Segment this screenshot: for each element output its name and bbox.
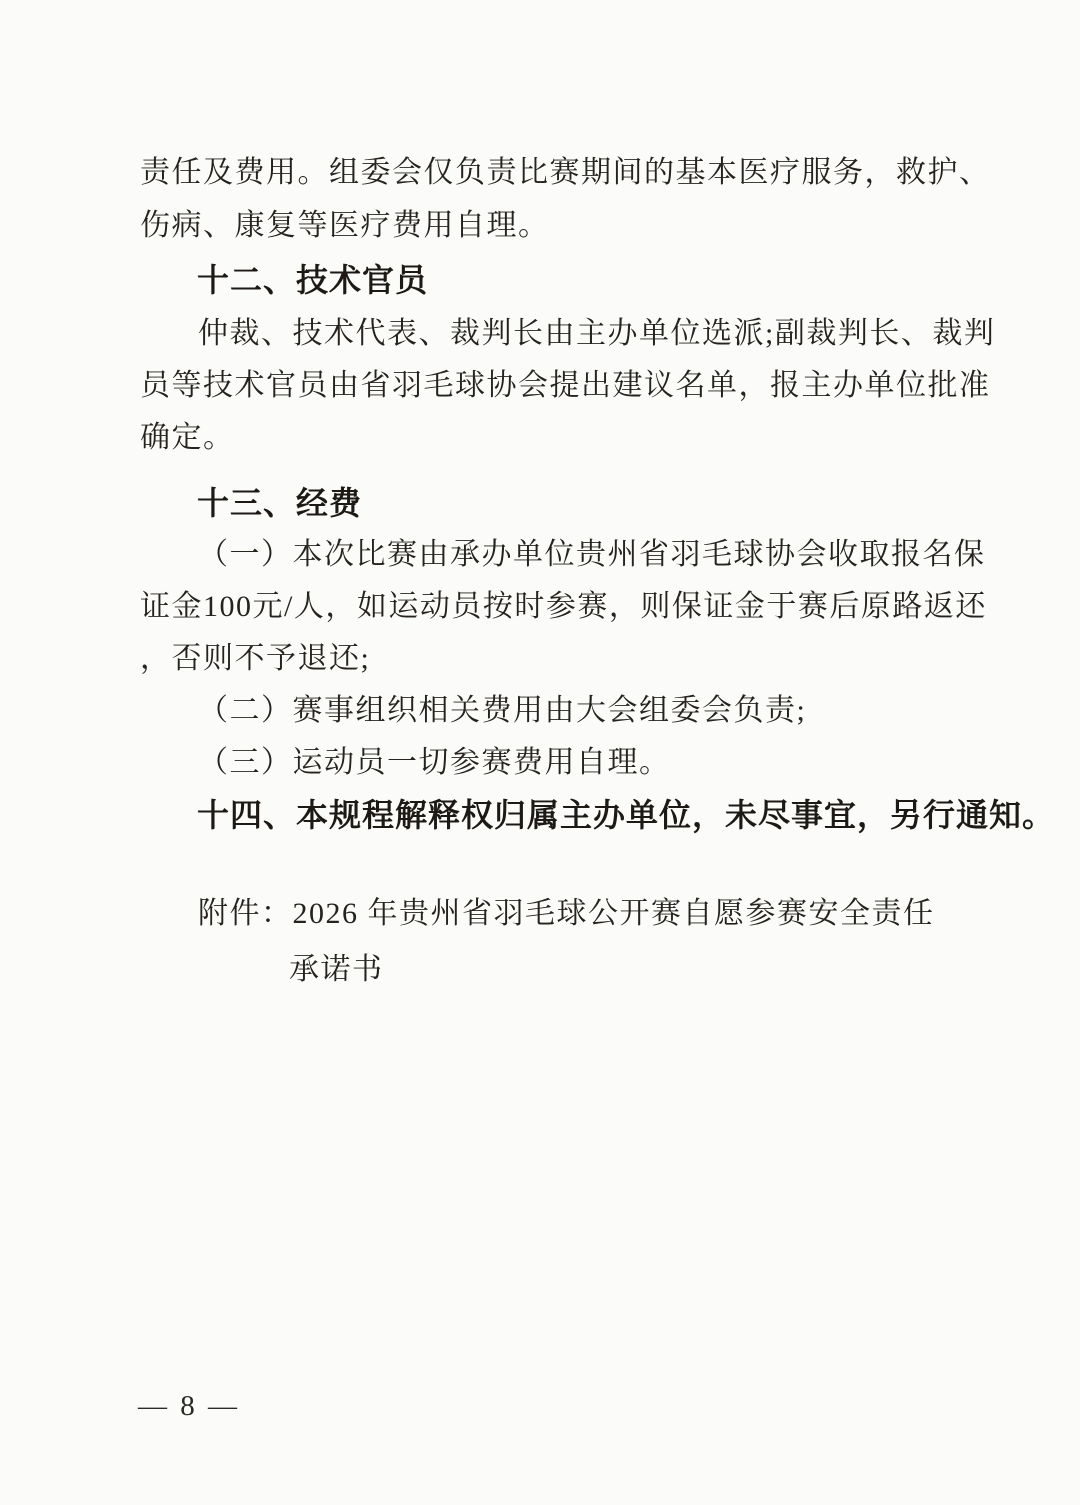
document-page: 责任及费用。组委会仅负责比赛期间的基本医疗服务，救护、 伤病、康复等医疗费用自理… bbox=[0, 0, 1080, 1505]
section-13-item-1-line-3: ，否则不予退还; bbox=[140, 642, 370, 675]
page-number: — 8 — bbox=[138, 1390, 240, 1423]
section-12-paragraph-line-3: 确定。 bbox=[140, 421, 235, 454]
body-line-medical-costs-2: 伤病、康复等医疗费用自理。 bbox=[140, 209, 550, 242]
section-heading-12: 十二、技术官员 bbox=[197, 263, 428, 298]
section-13-item-1-line-1: （一）本次比赛由承办单位贵州省羽毛球协会收取报名保 bbox=[198, 538, 986, 571]
section-heading-13: 十三、经费 bbox=[197, 486, 362, 521]
body-line-medical-costs-1: 责任及费用。组委会仅负责比赛期间的基本医疗服务，救护、 bbox=[140, 156, 991, 189]
section-13-item-3: （三）运动员一切参赛费用自理。 bbox=[198, 746, 671, 779]
section-12-paragraph-line-2: 员等技术官员由省羽毛球协会提出建议名单，报主办单位批准 bbox=[140, 369, 991, 402]
attachment-note-line-2: 承诺书 bbox=[289, 953, 384, 986]
section-13-item-2: （二）赛事组织相关费用由大会组委会负责; bbox=[198, 694, 806, 727]
attachment-note-line-1: 附件：2026 年贵州省羽毛球公开赛自愿参赛安全责任 bbox=[198, 897, 935, 930]
section-heading-14: 十四、本规程解释权归属主办单位，未尽事宜，另行通知。 bbox=[197, 798, 1055, 833]
section-13-item-1-line-2: 证金100元/人，如运动员按时参赛，则保证金于赛后原路返还 bbox=[140, 590, 987, 623]
section-12-paragraph-line-1: 仲裁、技术代表、裁判长由主办单位选派;副裁判长、裁判 bbox=[198, 317, 995, 350]
